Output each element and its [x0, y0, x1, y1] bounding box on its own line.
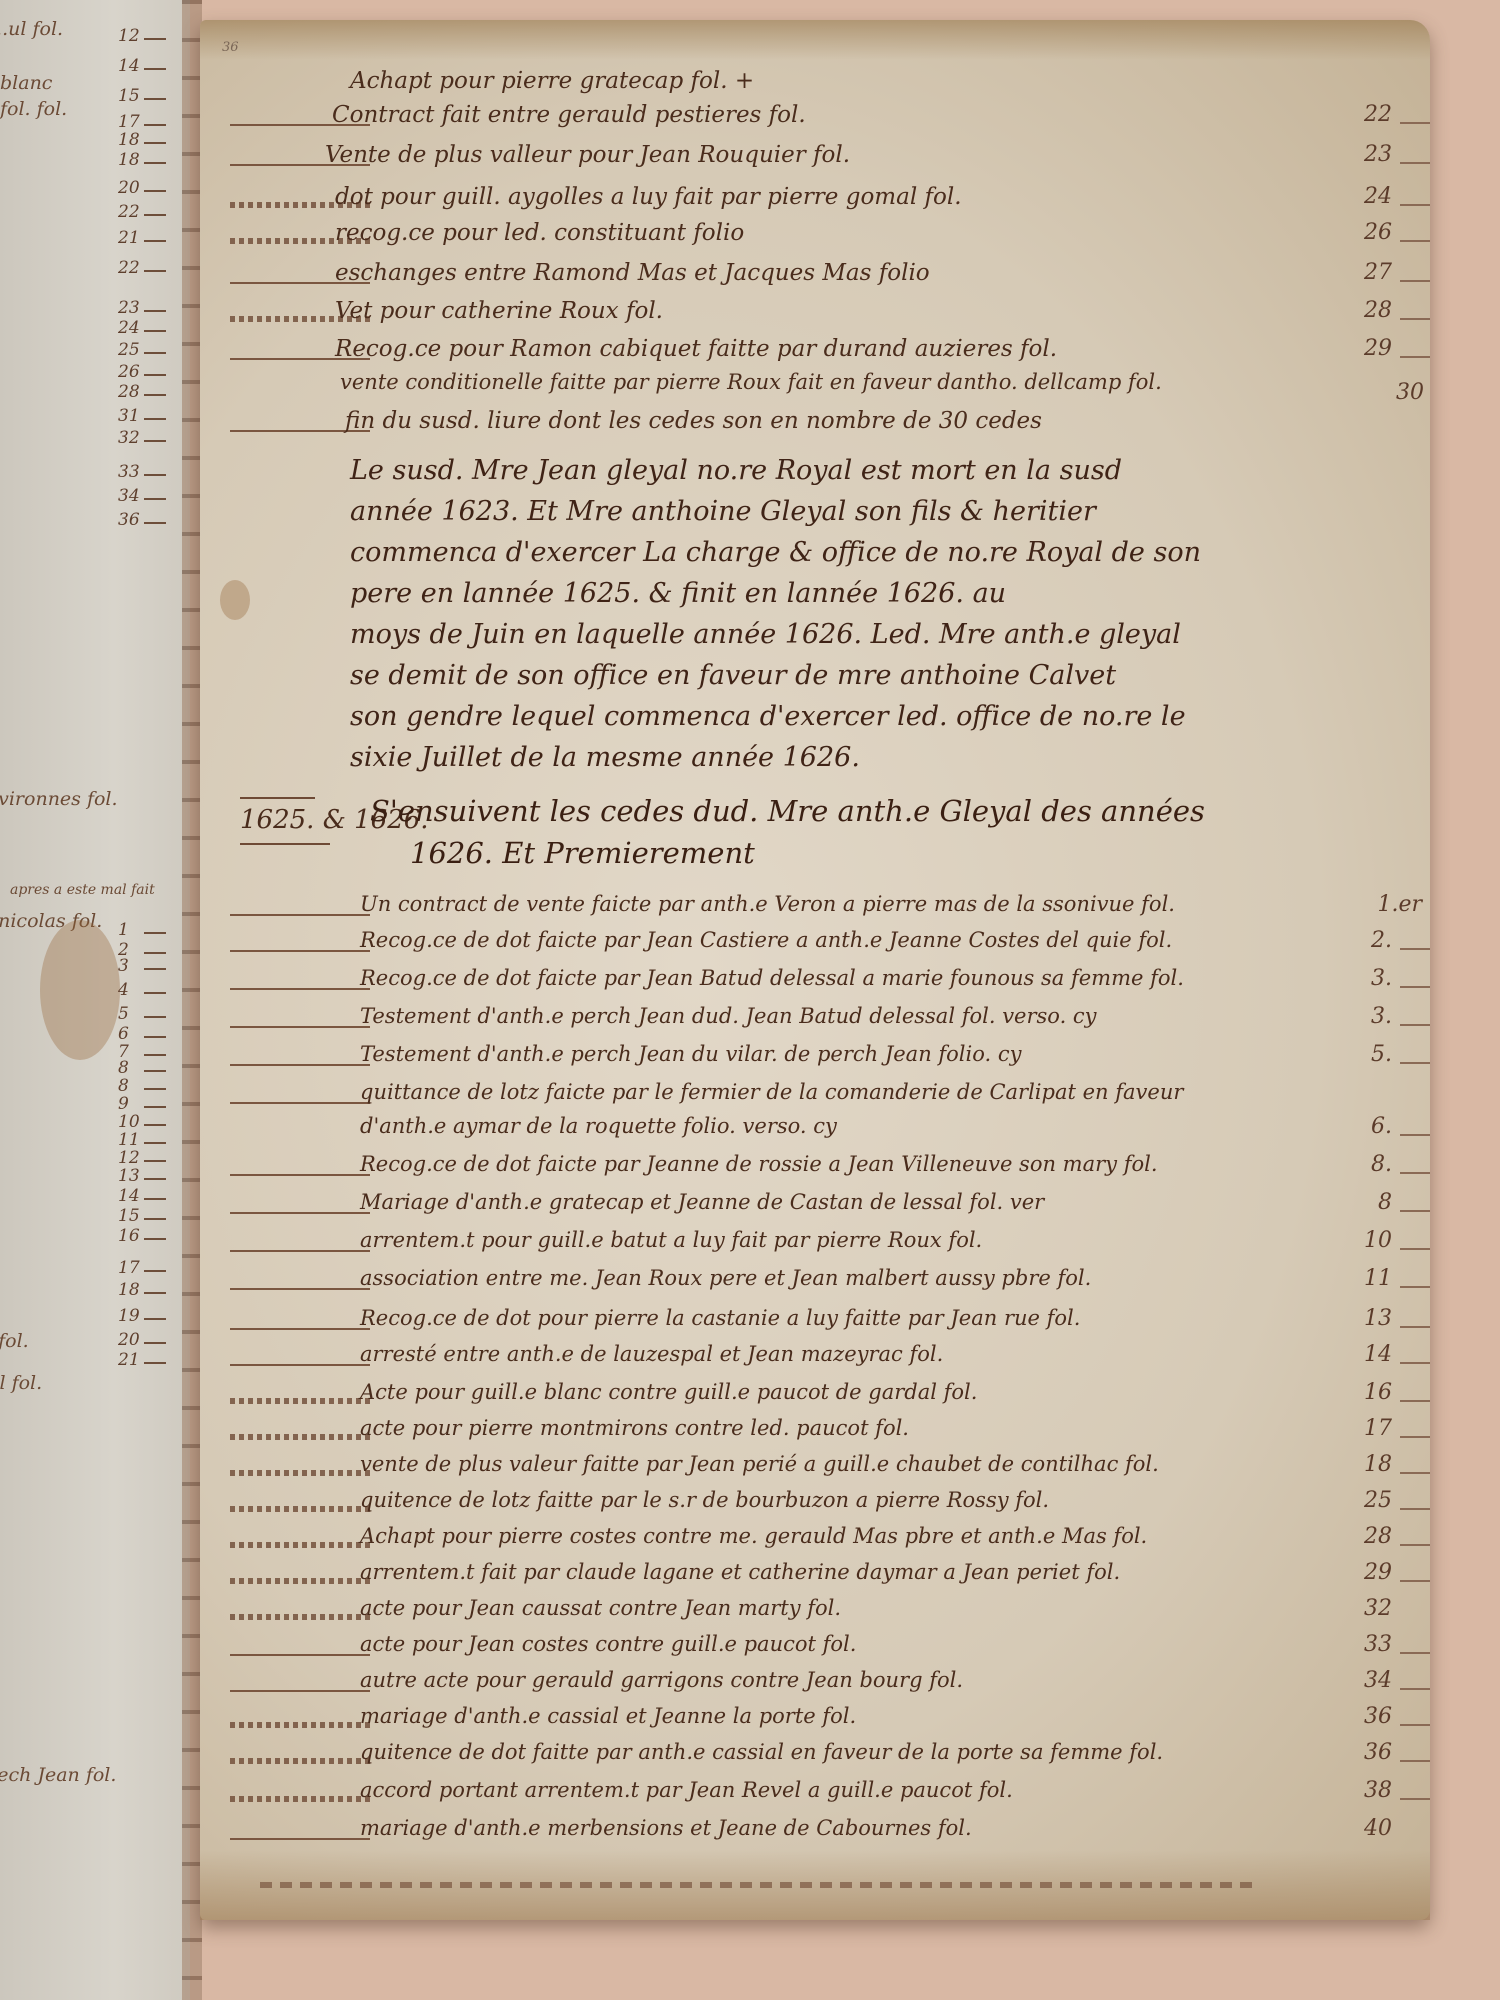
entry-text: Recog.ce de dot faicte par Jeanne de ros… [360, 1152, 1158, 1176]
folio-rule [1400, 1436, 1430, 1438]
folio-number: 18 [1364, 1452, 1392, 1477]
margin-flourish [230, 1796, 370, 1802]
water-stain-top [200, 20, 1430, 60]
paragraph-line: pere en lannée 1625. & finit en lannée 1… [350, 573, 1400, 614]
folio-rule [1400, 356, 1430, 358]
left-folio-number: 19 [118, 1306, 140, 1326]
left-folio-number: 5 [118, 1004, 129, 1024]
left-folio-number: 15 [118, 1206, 140, 1226]
margin-rule [230, 1212, 370, 1214]
folio-rule [1400, 1798, 1430, 1800]
margin-rule [230, 1174, 370, 1176]
entry-text: Un contract de vente faicte par anth.e V… [360, 892, 1175, 916]
index-entry: Vente de plus valleur pour Jean Rouquier… [200, 138, 1430, 178]
folio-number: 40 [1364, 1816, 1392, 1841]
left-folio-number: 32 [118, 428, 140, 448]
entry-text: Achapt pour pierre gratecap fol. + [350, 68, 754, 94]
left-page-text: ...al fol. [0, 1372, 42, 1394]
left-page-text: ...rech Jean fol. [0, 1764, 116, 1786]
closing-flourish [260, 1882, 1260, 1888]
left-folio-number: 8 [118, 1058, 129, 1078]
index-entry: association entre me. Jean Roux pere et … [200, 1262, 1430, 1302]
folio-number: 1.er [1377, 892, 1422, 917]
ink-blot [220, 580, 250, 620]
margin-flourish [230, 1434, 370, 1440]
left-folio-number: 6 [118, 1024, 129, 1044]
left-folio-number: 22 [118, 202, 140, 222]
entry-text: recog.ce pour led. constituant folio [335, 220, 744, 246]
folio-rule [1400, 1326, 1430, 1328]
index-entry: Contract fait entre gerauld pestieres fo… [200, 98, 1430, 138]
folio-rule [1400, 122, 1430, 124]
folio-number: 2. [1371, 928, 1392, 953]
left-folio-number: 4 [118, 980, 129, 1000]
left-folio-number: 10 [118, 1112, 140, 1132]
paragraph-line: son gendre lequel commenca d'exercer led… [350, 696, 1400, 737]
left-folio-number: 3 [118, 956, 129, 976]
margin-rule [230, 950, 370, 952]
folio-number: 25 [1364, 1488, 1392, 1513]
folio-number: 23 [1364, 142, 1392, 167]
entry-text: eschanges entre Ramond Mas et Jacques Ma… [335, 260, 930, 286]
margin-rule [230, 1838, 370, 1840]
manuscript-page: 36 Achapt pour pierre gratecap fol. + Co… [200, 20, 1430, 1920]
margin-rule [230, 1102, 370, 1104]
left-folio-number: 34 [118, 486, 140, 506]
folio-rule [1400, 280, 1430, 282]
entry-text: dot pour guill. aygolles a luy fait par … [335, 184, 962, 210]
index-entry: acte pour pierre montmirons contre led. … [200, 1412, 1430, 1452]
folio-rule [1400, 1760, 1430, 1762]
margin-rule [230, 1654, 370, 1656]
left-page-text: ...fol. [0, 1330, 29, 1352]
index-entry: autre acte pour gerauld garrigons contre… [200, 1664, 1430, 1704]
folio-number: 11 [1364, 1266, 1392, 1291]
left-folio-number: 24 [118, 318, 140, 338]
folio-rule [1400, 1544, 1430, 1546]
index-entry: Achapt pour pierre costes contre me. ger… [200, 1520, 1430, 1560]
left-folio-number: 26 [118, 362, 140, 382]
entry-text: Achapt pour pierre costes contre me. ger… [360, 1524, 1147, 1548]
left-folio-number: 9 [118, 1094, 129, 1114]
section-heading: S'ensuivent les cedes dud. Mre anth.e Gl… [350, 790, 1400, 874]
index-entry: d'anth.e aymar de la roquette folio. ver… [200, 1110, 1430, 1150]
index-entry: mariage d'anth.e cassial et Jeanne la po… [200, 1700, 1430, 1740]
left-folio-number: 21 [118, 228, 140, 248]
left-folio-number: 28 [118, 382, 140, 402]
index-entry: Testement d'anth.e perch Jean dud. Jean … [200, 1000, 1430, 1040]
left-page-text: fol. [0, 1108, 1, 1130]
folio-rule [1400, 1580, 1430, 1582]
folio-number: 29 [1364, 336, 1392, 361]
folio-number: 26 [1364, 220, 1392, 245]
index-entry: Recog.ce de dot pour pierre la castanie … [200, 1302, 1430, 1342]
left-folio-number: 17 [118, 112, 140, 132]
entry-text: Vente de plus valleur pour Jean Rouquier… [325, 142, 850, 168]
folio-number: 8 [1378, 1190, 1392, 1215]
folio-number: 16 [1364, 1380, 1392, 1405]
entry-text: Acte pour guill.e blanc contre guill.e p… [360, 1380, 977, 1404]
margin-flourish [230, 1758, 370, 1764]
entry-text: acte pour Jean costes contre guill.e pau… [360, 1632, 856, 1656]
index-entry: Acte pour guill.e blanc contre guill.e p… [200, 1376, 1430, 1416]
left-folio-number: 25 [118, 340, 140, 360]
left-folio-number: 1 [118, 920, 129, 940]
index-entry: dot pour guill. aygolles a luy fait par … [200, 180, 1430, 220]
margin-rule [230, 1288, 370, 1290]
left-page-text: blanc [0, 72, 52, 94]
folio-number: 10 [1364, 1228, 1392, 1253]
left-page: ...ul fol. blanc fol. fol. ...vironnes f… [0, 0, 190, 2000]
entry-text: acte pour pierre montmirons contre led. … [360, 1416, 909, 1440]
index-entry: Recog.ce de dot faicte par Jeanne de ros… [200, 1148, 1430, 1188]
folio-number: 6. [1371, 1114, 1392, 1139]
folio-number: 28 [1364, 1524, 1392, 1549]
folio-number: 34 [1364, 1668, 1392, 1693]
folio-rule [1400, 1724, 1430, 1726]
left-folio-number: 23 [118, 298, 140, 318]
entry-text: vente conditionelle faitte par pierre Ro… [340, 370, 1162, 394]
left-folio-number: 21 [118, 1350, 140, 1370]
left-folio-number: 12 [118, 26, 140, 46]
index-entry: Un contract de vente faicte par anth.e V… [200, 888, 1430, 928]
index-entry: Vet pour catherine Roux fol. 28 [200, 294, 1430, 334]
left-folio-number: 11 [118, 1130, 140, 1150]
folio-number: 28 [1364, 298, 1392, 323]
left-folio-number: 36 [118, 510, 140, 530]
margin-flourish [230, 1578, 370, 1584]
entry-text: autre acte pour gerauld garrigons contre… [360, 1668, 963, 1692]
entry-text: Mariage d'anth.e gratecap et Jeanne de C… [360, 1190, 1044, 1214]
entry-text: Recog.ce de dot faicte par Jean Castiere… [360, 928, 1172, 952]
heading-line: 1626. Et Premierement [350, 832, 1400, 874]
folio-rule [1400, 1362, 1430, 1364]
narrative-paragraph: Le susd. Mre Jean gleyal no.re Royal est… [350, 450, 1400, 778]
entry-text: mariage d'anth.e merbensions et Jeane de… [360, 1816, 972, 1840]
left-folio-number: 18 [118, 150, 140, 170]
margin-rule [230, 1250, 370, 1252]
margin-flourish [230, 1542, 370, 1548]
margin-flourish [230, 1614, 370, 1620]
folio-rule [1400, 1688, 1430, 1690]
folio-rule [1400, 1248, 1430, 1250]
left-folio-number: 18 [118, 130, 140, 150]
folio-rule [1400, 318, 1430, 320]
folio-number: 38 [1364, 1778, 1392, 1803]
left-folio-number: 20 [118, 178, 140, 198]
index-entry: vente de plus valeur faitte par Jean per… [200, 1448, 1430, 1488]
folio-rule [1400, 948, 1430, 950]
entry-text: arrentem.t pour guill.e batut a luy fait… [360, 1228, 982, 1252]
paragraph-line: commenca d'exercer La charge & office de… [350, 532, 1400, 573]
margin-rule [230, 1026, 370, 1028]
folio-number: 30 [1396, 380, 1424, 405]
binding-gutter [182, 0, 202, 2000]
ink-stain [40, 920, 120, 1060]
index-entry: fin du susd. liure dont les cedes son en… [200, 404, 1430, 444]
entry-text: Vet pour catherine Roux fol. [335, 298, 663, 324]
index-entry: Recog.ce de dot faicte par Jean Batud de… [200, 962, 1430, 1002]
folio-rule [1400, 1508, 1430, 1510]
index-entry: Mariage d'anth.e gratecap et Jeanne de C… [200, 1186, 1430, 1226]
folio-rule [1400, 1210, 1430, 1212]
folio-number: 29 [1364, 1560, 1392, 1585]
folio-number: 8. [1371, 1152, 1392, 1177]
folio-number: 33 [1364, 1632, 1392, 1657]
entry-text: Recog.ce de dot faicte par Jean Batud de… [360, 966, 1184, 990]
paragraph-line: sixie Juillet de la mesme année 1626. [350, 737, 1400, 778]
left-folio-number: 14 [118, 56, 140, 76]
left-page-text: fol. fol. [0, 98, 67, 120]
folio-rule [1400, 1134, 1430, 1136]
margin-rule [230, 1064, 370, 1066]
entry-text: d'anth.e aymar de la roquette folio. ver… [360, 1114, 837, 1138]
entry-text: Contract fait entre gerauld pestieres fo… [332, 102, 806, 128]
left-folio-number: 8 [118, 1076, 129, 1096]
folio-rule [1400, 1062, 1430, 1064]
left-folio-number: 14 [118, 1186, 140, 1206]
folio-rule [1400, 986, 1430, 988]
left-folio-number: 13 [118, 1166, 140, 1186]
folio-number: 17 [1364, 1416, 1392, 1441]
index-entry: accord portant arrentem.t par Jean Revel… [200, 1774, 1430, 1814]
folio-rule [1400, 1400, 1430, 1402]
index-entry: arrentem.t fait par claude lagane et cat… [200, 1556, 1430, 1596]
entry-text: fin du susd. liure dont les cedes son en… [345, 408, 1042, 434]
entry-text: Recog.ce de dot pour pierre la castanie … [360, 1306, 1080, 1330]
paragraph-line: se demit de son office en faveur de mre … [350, 655, 1400, 696]
folio-rule [1400, 1472, 1430, 1474]
index-entry: mariage d'anth.e merbensions et Jeane de… [200, 1812, 1430, 1852]
folio-rule [1400, 1286, 1430, 1288]
folio-number: 3. [1371, 966, 1392, 991]
entry-text: mariage d'anth.e cassial et Jeanne la po… [360, 1704, 856, 1728]
folio-number: 5. [1371, 1042, 1392, 1067]
folio-rule [1400, 1024, 1430, 1026]
paragraph-line: Le susd. Mre Jean gleyal no.re Royal est… [350, 450, 1400, 491]
margin-flourish [230, 1722, 370, 1728]
left-page-text: ...vironnes fol. [0, 788, 118, 810]
index-entry: Testement d'anth.e perch Jean du vilar. … [200, 1038, 1430, 1078]
folio-rule [1400, 1652, 1430, 1654]
folio-rule [1400, 162, 1430, 164]
entry-text: quitence de lotz faitte par le s.r de bo… [360, 1488, 1049, 1512]
left-folio-number: 33 [118, 462, 140, 482]
left-page-text: apres a este mal fait [10, 882, 155, 898]
left-folio-number: 20 [118, 1330, 140, 1350]
page-number: 36 [222, 40, 239, 55]
paragraph-line: moys de Juin en laquelle année 1626. Led… [350, 614, 1400, 655]
heading-line: S'ensuivent les cedes dud. Mre anth.e Gl… [350, 790, 1400, 832]
folio-number: 36 [1364, 1704, 1392, 1729]
index-entry: acte pour Jean costes contre guill.e pau… [200, 1628, 1430, 1668]
left-folio-number: 31 [118, 406, 140, 426]
margin-rule [230, 1328, 370, 1330]
folio-number: 24 [1364, 184, 1392, 209]
folio-number: 22 [1364, 102, 1392, 127]
index-entry: eschanges entre Ramond Mas et Jacques Ma… [200, 256, 1430, 296]
margin-rule [230, 1690, 370, 1692]
folio-rule [1400, 204, 1430, 206]
margin-rule [230, 1364, 370, 1366]
entry-text: quitence de dot faitte par anth.e cassia… [360, 1740, 1163, 1764]
left-page-text: ...ul fol. [0, 18, 63, 40]
entry-text: Recog.ce pour Ramon cabiquet faitte par … [335, 336, 1057, 362]
entry-text: accord portant arrentem.t par Jean Revel… [360, 1778, 1013, 1802]
folio-number: 32 [1364, 1596, 1392, 1621]
entry-text: vente de plus valeur faitte par Jean per… [360, 1452, 1159, 1476]
margin-rule [230, 988, 370, 990]
entry-text: arresté entre anth.e de lauzespal et Jea… [360, 1342, 943, 1366]
index-entry: arrentem.t pour guill.e batut a luy fait… [200, 1224, 1430, 1264]
left-folio-number: 17 [118, 1258, 140, 1278]
margin-flourish [230, 1398, 370, 1404]
entry-text: association entre me. Jean Roux pere et … [360, 1266, 1091, 1290]
left-folio-number: 18 [118, 1280, 140, 1300]
left-folio-number: 12 [118, 1148, 140, 1168]
left-folio-number: 15 [118, 86, 140, 106]
left-folio-number: 16 [118, 1226, 140, 1246]
entry-text: arrentem.t fait par claude lagane et cat… [360, 1560, 1120, 1584]
index-entry: quitence de lotz faitte par le s.r de bo… [200, 1484, 1430, 1524]
folio-rule [1400, 1172, 1430, 1174]
entry-text: Testement d'anth.e perch Jean du vilar. … [360, 1042, 1022, 1066]
entry-text: Testement d'anth.e perch Jean dud. Jean … [360, 1004, 1097, 1028]
folio-rule [1400, 240, 1430, 242]
folio-number: 36 [1364, 1740, 1392, 1765]
margin-flourish [230, 1506, 370, 1512]
entry-text: acte pour Jean caussat contre Jean marty… [360, 1596, 841, 1620]
index-entry: acte pour Jean caussat contre Jean marty… [200, 1592, 1430, 1632]
paragraph-line: année 1623. Et Mre anthoine Gleyal son f… [350, 491, 1400, 532]
folio-number: 14 [1364, 1342, 1392, 1367]
index-entry: quitence de dot faitte par anth.e cassia… [200, 1736, 1430, 1776]
index-entry: Recog.ce de dot faicte par Jean Castiere… [200, 924, 1430, 964]
folio-number: 27 [1364, 260, 1392, 285]
folio-number: 13 [1364, 1306, 1392, 1331]
entry-text: quittance de lotz faicte par le fermier … [360, 1080, 1183, 1104]
index-entry: vente conditionelle faitte par pierre Ro… [200, 366, 1430, 406]
left-folio-number: 22 [118, 258, 140, 278]
index-entry: recog.ce pour led. constituant folio 26 [200, 216, 1430, 256]
margin-flourish [230, 1470, 370, 1476]
margin-rule [230, 914, 370, 916]
folio-number: 3. [1371, 1004, 1392, 1029]
index-entry: arresté entre anth.e de lauzespal et Jea… [200, 1338, 1430, 1378]
